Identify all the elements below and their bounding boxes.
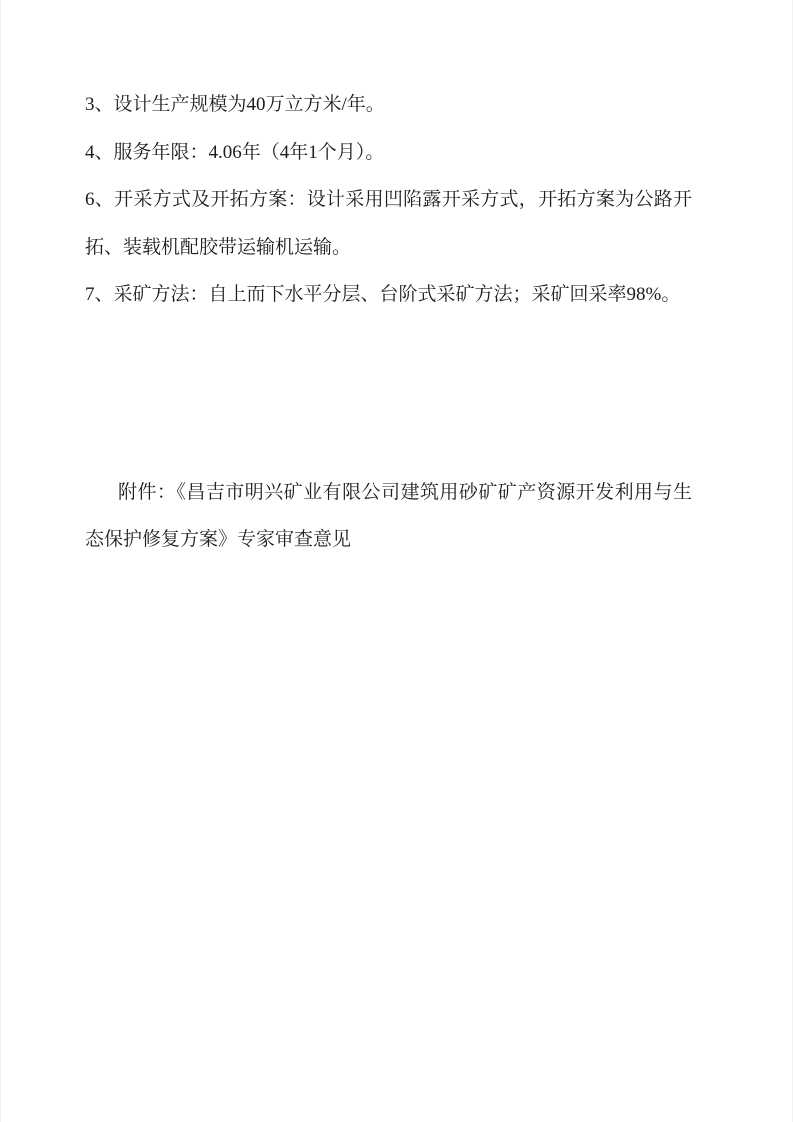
clause-item-4: 4、服务年限：4.06年（4年1个月）。 [85, 129, 692, 177]
document-text-block: 3、设计生产规模为40万立方米/年。 4、服务年限：4.06年（4年1个月）。 … [85, 81, 692, 564]
attachment-note: 附件：《昌吉市明兴矿业有限公司建筑用砂矿矿产资源开发利用与生态保护修复方案》专家… [85, 469, 692, 564]
clause-item-6: 6、开采方式及开拓方案：设计采用凹陷露开采方式，开拓方案为公路开拓、装载机配胶带… [85, 176, 692, 271]
document-page: 3、设计生产规模为40万立方米/年。 4、服务年限：4.06年（4年1个月）。 … [0, 0, 793, 1122]
clause-item-7: 7、采矿方法：自上而下水平分层、台阶式采矿方法；采矿回采率98%。 [85, 271, 692, 319]
clause-item-3: 3、设计生产规模为40万立方米/年。 [85, 81, 692, 129]
